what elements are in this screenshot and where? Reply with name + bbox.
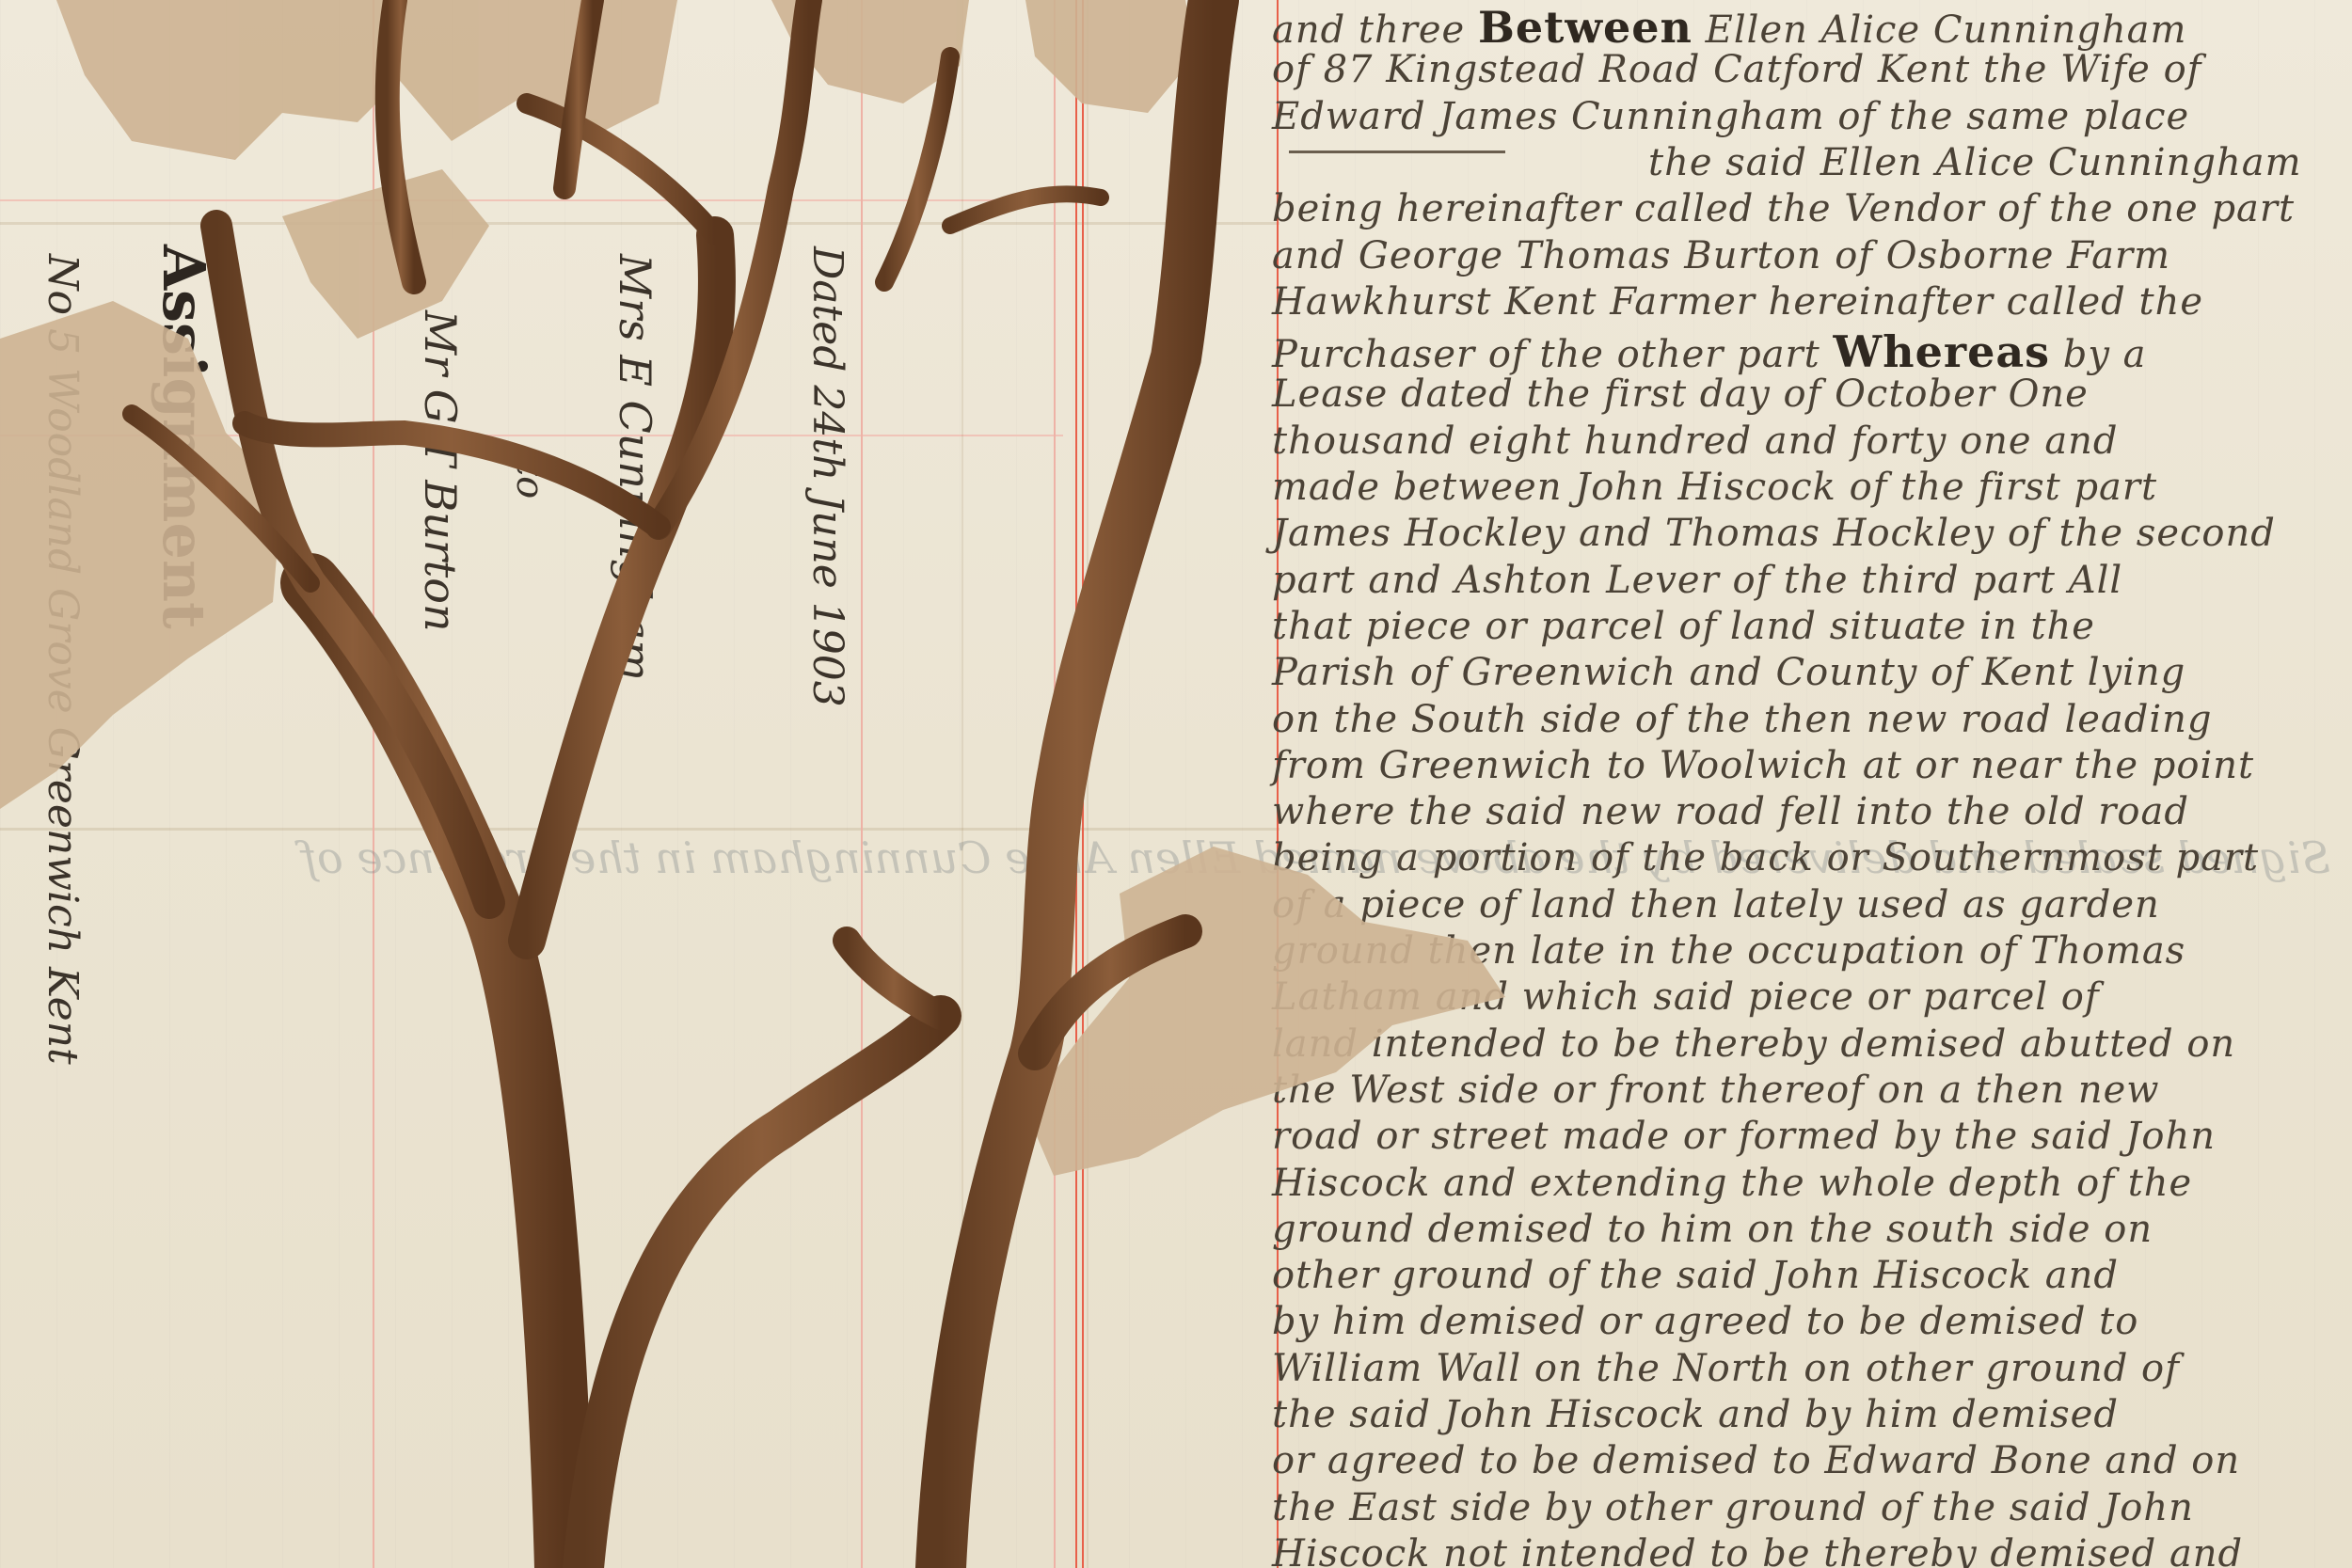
tree-painting <box>0 0 2352 1568</box>
foliage-icon <box>0 0 1505 1176</box>
